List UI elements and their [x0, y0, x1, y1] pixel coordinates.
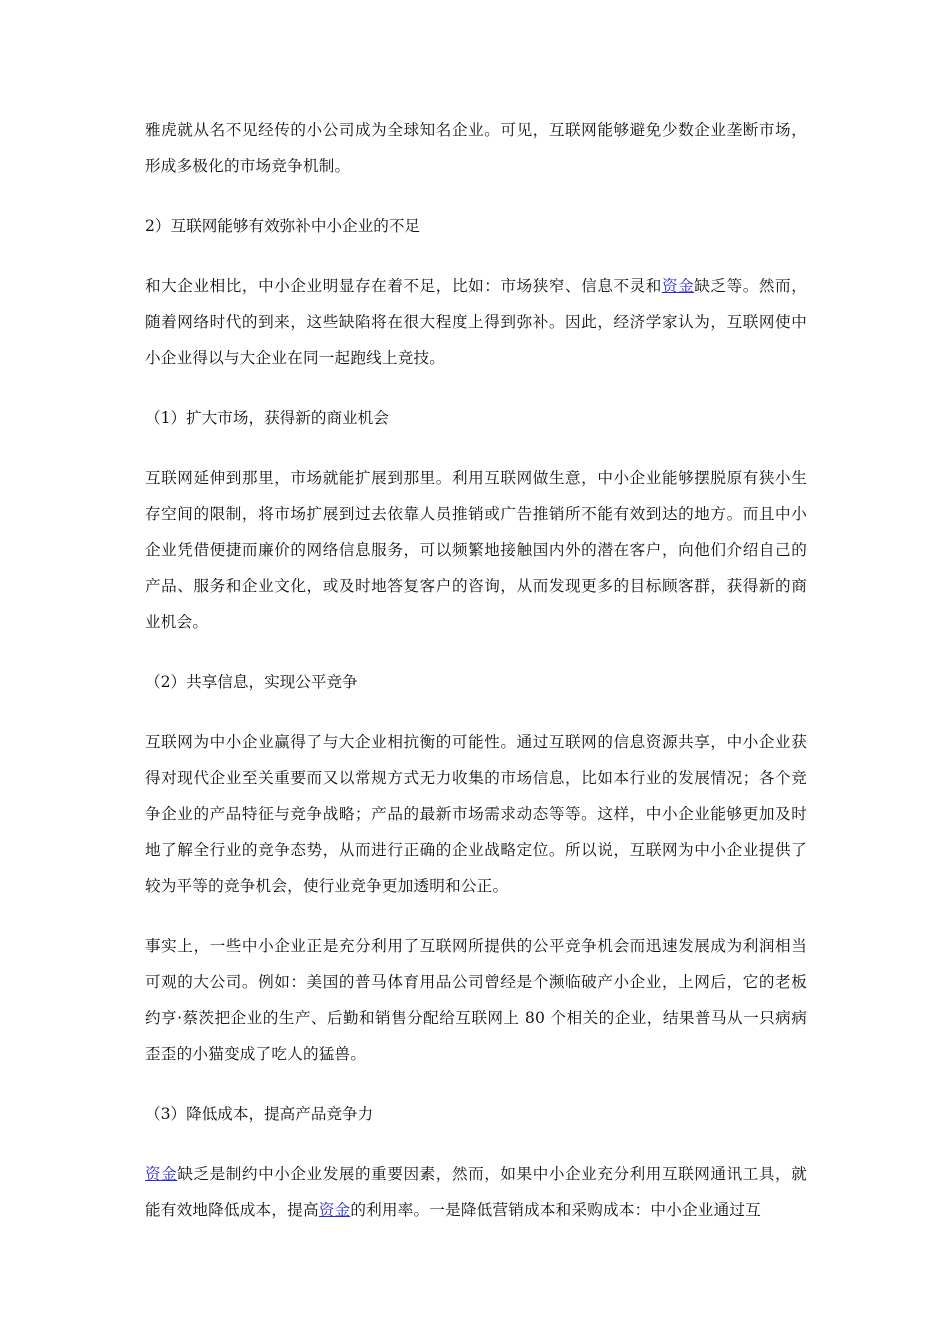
- funds-link[interactable]: 资金: [662, 277, 694, 295]
- text-segment: 互联网延伸到那里，市场就能扩展到那里。利用互联网做生意，中小企业能够摆脱原有狭小…: [145, 469, 807, 631]
- document-page: 雅虎就从名不见经传的小公司成为全球知名企业。可见，互联网能够避免少数企业垄断市场…: [145, 112, 807, 1252]
- heading-expand-market: （1）扩大市场，获得新的商业机会: [145, 400, 807, 436]
- paragraph-yahoo: 雅虎就从名不见经传的小公司成为全球知名企业。可见，互联网能够避免少数企业垄断市场…: [145, 112, 807, 184]
- text-segment: 互联网为中小企业赢得了与大企业相抗衡的可能性。通过互联网的信息资源共享，中小企业…: [145, 733, 807, 895]
- heading-share-info: （2）共享信息，实现公平竞争: [145, 664, 807, 700]
- text-segment: 事实上，一些中小企业正是充分利用了互联网所提供的公平竞争机会而迅速发展成为利润相…: [145, 937, 807, 1063]
- heading-internet-compensates: 2）互联网能够有效弥补中小企业的不足: [145, 208, 807, 244]
- paragraph-puma-example: 事实上，一些中小企业正是充分利用了互联网所提供的公平竞争机会而迅速发展成为利润相…: [145, 928, 807, 1072]
- paragraph-reduce-cost: 资金缺乏是制约中小企业发展的重要因素，然而，如果中小企业充分利用互联网通讯工具，…: [145, 1156, 807, 1228]
- paragraph-expand-market: 互联网延伸到那里，市场就能扩展到那里。利用互联网做生意，中小企业能够摆脱原有狭小…: [145, 460, 807, 640]
- funds-link[interactable]: 资金: [319, 1201, 351, 1219]
- heading-reduce-cost: （3）降低成本，提高产品竞争力: [145, 1096, 807, 1132]
- text-segment: 和大企业相比，中小企业明显存在着不足，比如：市场狭窄、信息不灵和: [145, 277, 662, 295]
- paragraph-share-info: 互联网为中小企业赢得了与大企业相抗衡的可能性。通过互联网的信息资源共享，中小企业…: [145, 724, 807, 904]
- paragraph-sme-shortcomings: 和大企业相比，中小企业明显存在着不足，比如：市场狭窄、信息不灵和资金缺乏等。然而…: [145, 268, 807, 376]
- funds-link[interactable]: 资金: [145, 1165, 177, 1183]
- text-segment: 雅虎就从名不见经传的小公司成为全球知名企业。可见，互联网能够避免少数企业垄断市场…: [145, 121, 807, 175]
- text-segment: 的利用率。一是降低营销成本和采购成本：中小企业通过互: [350, 1201, 761, 1219]
